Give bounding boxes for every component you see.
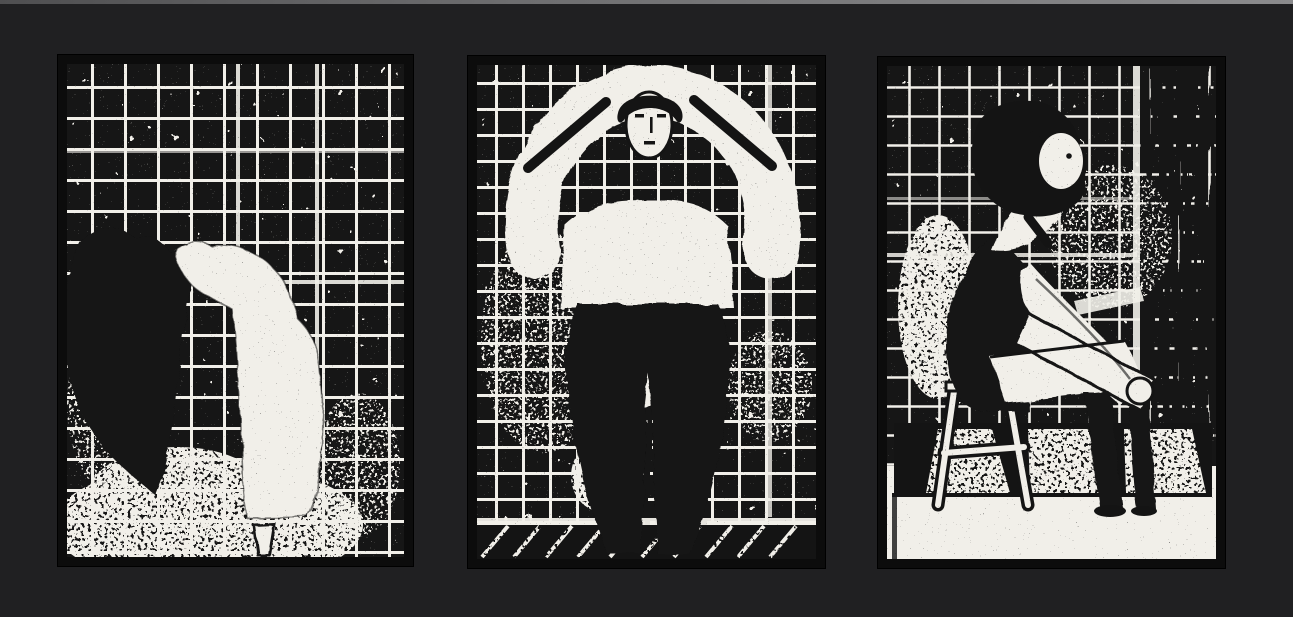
print-panel-1 xyxy=(58,55,413,566)
print-grain xyxy=(887,66,1216,559)
print-panel-2-art xyxy=(468,56,825,568)
print-grain xyxy=(67,64,404,557)
top-border-strip xyxy=(0,0,1293,4)
print-panel-3 xyxy=(878,57,1225,568)
print-panel-2 xyxy=(468,56,825,568)
print-grain xyxy=(477,65,816,559)
screenshot-root: { "window": { "background": "#202022", "… xyxy=(0,0,1293,617)
print-panel-1-art xyxy=(58,55,413,566)
print-panel-3-art xyxy=(878,57,1225,568)
